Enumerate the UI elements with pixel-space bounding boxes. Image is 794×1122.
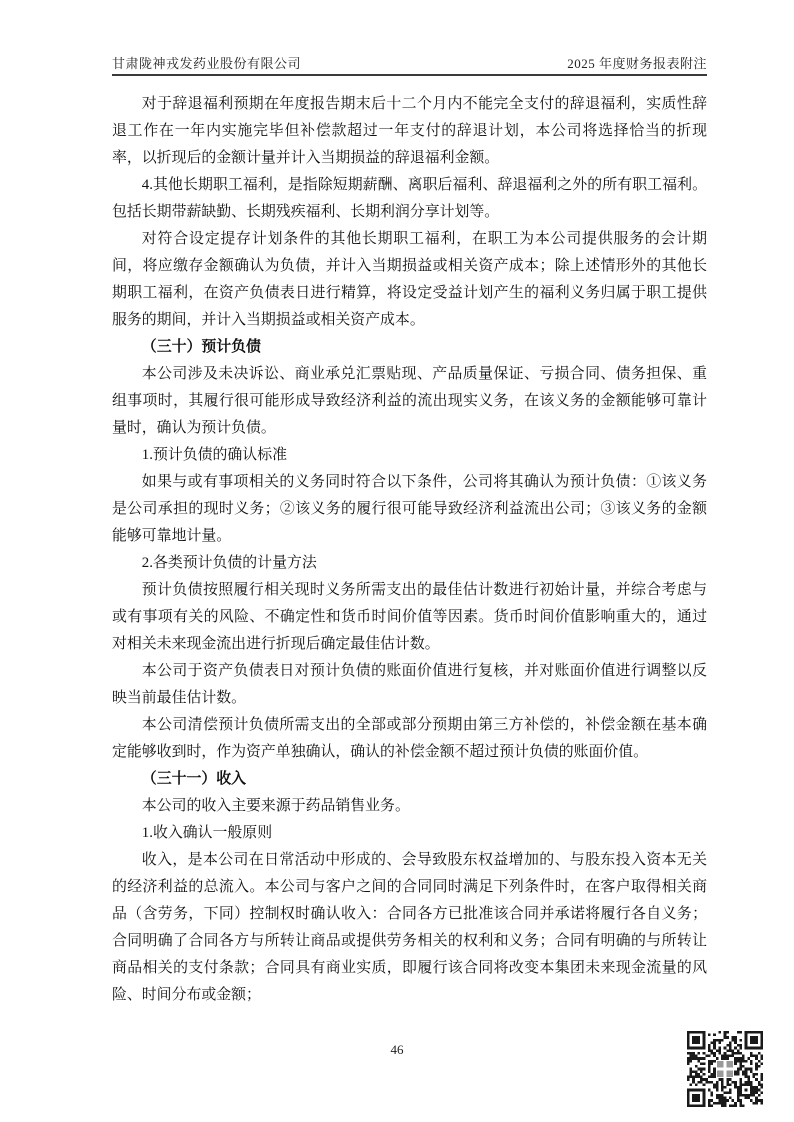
paragraph: 1.预计负债的确认标准 (112, 442, 707, 469)
paragraph: 本公司的收入主要来源于药品销售业务。 (112, 793, 707, 820)
paragraph: 本公司涉及未决诉讼、商业承兑汇票贴现、产品质量保证、亏损合同、债务担保、重组事项… (112, 361, 707, 442)
paragraph: 1.收入确认一般原则 (112, 820, 707, 847)
document-page: 甘肃陇神戎发药业股份有限公司 2025 年度财务报表附注 对于辞退福利预期在年度… (0, 0, 794, 1122)
paragraph: 2.各类预计负债的计量方法 (112, 550, 707, 577)
header-rule (112, 74, 707, 76)
page-footer: 46 (0, 1042, 794, 1058)
paragraph: 如果与或有事项相关的义务同时符合以下条件，公司将其确认为预计负债：①该义务是公司… (112, 469, 707, 550)
paragraph: 本公司于资产负债表日对预计负债的账面价值进行复核，并对账面价值进行调整以反映当前… (112, 658, 707, 712)
qr-code-icon (687, 1031, 763, 1107)
company-name: 甘肃陇神戎发药业股份有限公司 (112, 53, 301, 72)
paragraph: 预计负债按照履行相关现时义务所需支出的最佳估计数进行初始计量，并综合考虑与或有事… (112, 577, 707, 658)
section-heading: （三十）预计负债 (112, 334, 707, 361)
paragraph: 本公司清偿预计负债所需支出的全部或部分预期由第三方补偿的，补偿金额在基本确定能够… (112, 712, 707, 766)
document-body: 对于辞退福利预期在年度报告期末后十二个月内不能完全支付的辞退福利，实质性辞退工作… (112, 91, 707, 1009)
paragraph: 对于辞退福利预期在年度报告期末后十二个月内不能完全支付的辞退福利，实质性辞退工作… (112, 91, 707, 172)
paragraph: 4.其他长期职工福利，是指除短期薪酬、离职后福利、辞退福利之外的所有职工福利。包… (112, 172, 707, 226)
page-header: 甘肃陇神戎发药业股份有限公司 2025 年度财务报表附注 (112, 53, 707, 72)
paragraph: 收入，是本公司在日常活动中形成的、会导致股东权益增加的、与股东投入资本无关的经济… (112, 847, 707, 1009)
paragraph: 对符合设定提存计划条件的其他长期职工福利，在职工为本公司提供服务的会计期间，将应… (112, 226, 707, 334)
section-heading: （三十一）收入 (112, 766, 707, 793)
report-title: 2025 年度财务报表附注 (567, 53, 707, 72)
page-number: 46 (391, 1042, 404, 1057)
